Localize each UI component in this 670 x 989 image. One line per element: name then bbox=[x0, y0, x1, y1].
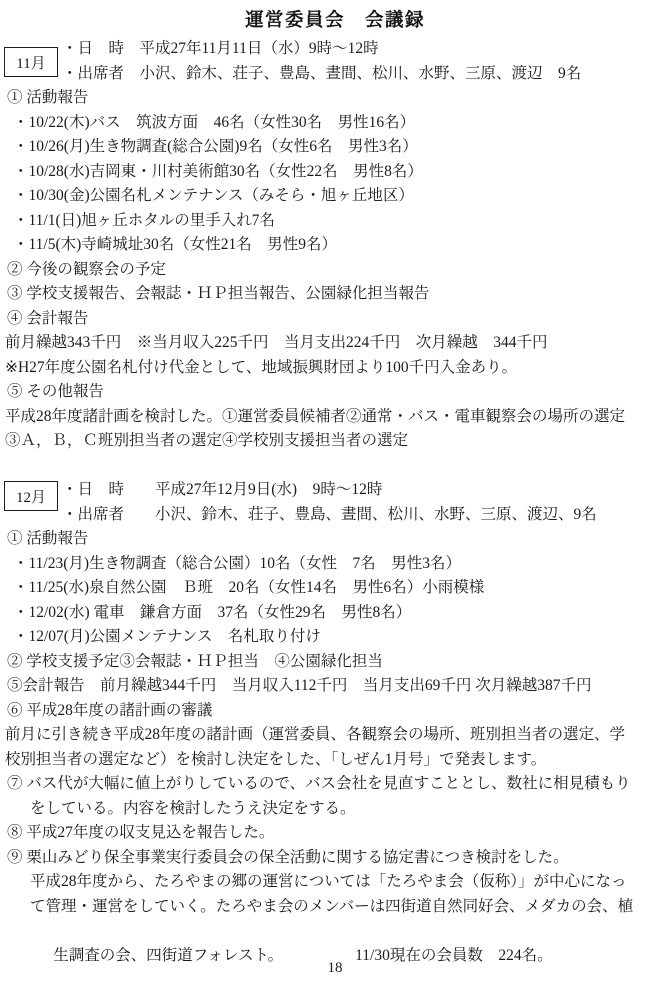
numbered-item: ② 学校支援予定③会報誌・ＨＰ担当 ④公園緑化担当 bbox=[0, 650, 670, 675]
bullet-item: ・11/23(月)生き物調査（総合公園）10名（女性 7名 男性3名） bbox=[0, 552, 670, 577]
bullet-item: ・11/25(水)泉自然公園 Ｂ班 20名（女性14名 男性6名）小雨模様 bbox=[0, 576, 670, 601]
members-line-text: 生調査の会、四街道フォレスト。 bbox=[53, 947, 283, 964]
numbered-item: ⑧ 平成27年度の収支見込を報告した。 bbox=[0, 821, 670, 846]
paragraph-line: 校別担当者の選定など）を検討し決定をした、「しぜん1月号」で発表します。 bbox=[0, 748, 670, 773]
november-header: 11月 ・日 時 平成27年11月11日（水）9時～12時 ・出席者 小沢、鈴木… bbox=[0, 37, 670, 86]
numbered-item: ③ 学校支援報告、会報誌・ＨＰ担当報告、公園緑化担当報告 bbox=[0, 282, 670, 307]
members-line: 生調査の会、四街道フォレスト。11/30現在の会員数 224名。 bbox=[0, 919, 670, 944]
paragraph-line: ③Ａ，Ｂ，Ｃ班別担当者の選定④学校別支援担当者の選定 bbox=[0, 429, 670, 454]
bullet-item: ・12/07(月)公園メンテナンス 名札取り付け bbox=[0, 625, 670, 650]
numbered-item: ⑨ 栗山みどり保全事業実行委員会の保全活動に関する協定書につき検討をした。 bbox=[0, 846, 670, 871]
numbered-item: ② 今後の観察会の予定 bbox=[0, 258, 670, 283]
bullet-item: ・10/26(月)生き物調査(総合公園)9名（女性6名 男性3名） bbox=[0, 135, 670, 160]
numbered-item: ⑤ その他報告 bbox=[0, 380, 670, 405]
numbered-item: ① 活動報告 bbox=[0, 527, 670, 552]
paragraph-line: ※H27年度公園名札付け代金として、地域振興財団より100千円入金あり。 bbox=[0, 356, 670, 381]
section-december: 12月 ・日 時 平成27年12月9日(水) 9時～12時 ・出席者 小沢、鈴木… bbox=[0, 478, 670, 944]
continuation-line: 平成28年度から、たろやまの郷の運営については「たろやま会（仮称）」が中心になっ bbox=[0, 870, 670, 895]
bullet-item: ・10/22(木)バス 筑波方面 46名（女性30名 男性16名） bbox=[0, 111, 670, 136]
paragraph-line: 平成28年度諸計画を検討した。①運営委員候補者②通常・バス・電車観察会の場所の選… bbox=[0, 405, 670, 430]
section-gap bbox=[0, 454, 670, 479]
continuation-line: をしている。内容を検討したうえ決定をする。 bbox=[0, 797, 670, 822]
page-title: 運営委員会 会議録 bbox=[0, 0, 670, 37]
numbered-item: ④ 会計報告 bbox=[0, 307, 670, 332]
november-attendees-line: ・出席者 小沢、鈴木、荘子、豊島、晝間、松川、水野、三原、渡辺 9名 bbox=[0, 62, 670, 87]
bullet-item: ・11/1(日)旭ヶ丘ホタルの里手入れ7名 bbox=[0, 209, 670, 234]
section-november: 11月 ・日 時 平成27年11月11日（水）9時～12時 ・出席者 小沢、鈴木… bbox=[0, 37, 670, 454]
month-badge-december: 12月 bbox=[4, 481, 58, 511]
numbered-item: ① 活動報告 bbox=[0, 86, 670, 111]
numbered-item: ⑦ バス代が大幅に値上がりしているので、バス会社を見直すこととし、数社に相見積も… bbox=[0, 772, 670, 797]
member-count: 11/30現在の会員数 224名。 bbox=[355, 947, 552, 964]
december-datetime-line: ・日 時 平成27年12月9日(水) 9時～12時 bbox=[0, 478, 670, 503]
bullet-item: ・12/02(水) 電車 鎌倉方面 37名（女性29名 男性8名） bbox=[0, 601, 670, 626]
document-page: 運営委員会 会議録 11月 ・日 時 平成27年11月11日（水）9時～12時 … bbox=[0, 0, 670, 989]
bullet-item: ・10/28(水)吉岡東・川村美術館30名（女性22名 男性8名） bbox=[0, 160, 670, 185]
numbered-item: ⑥ 平成28年度の諸計画の審議 bbox=[0, 699, 670, 724]
numbered-item: ⑤会計報告 前月繰越344千円 当月収入112千円 当月支出69千円 次月繰越3… bbox=[0, 674, 670, 699]
paragraph-line: 前月に引き続き平成28年度の諸計画（運営委員、各観察会の場所、班別担当者の選定、… bbox=[0, 723, 670, 748]
bullet-item: ・11/5(木)寺崎城址30名（女性21名 男性9名） bbox=[0, 233, 670, 258]
bullet-item: ・10/30(金)公園名札メンテナンス（みそら・旭ヶ丘地区） bbox=[0, 184, 670, 209]
paragraph-line: 前月繰越343千円 ※当月収入225千円 当月支出224千円 次月繰越 344千… bbox=[0, 331, 670, 356]
month-badge-november: 11月 bbox=[4, 47, 58, 77]
november-datetime-line: ・日 時 平成27年11月11日（水）9時～12時 bbox=[0, 37, 670, 62]
december-attendees-line: ・出席者 小沢、鈴木、荘子、豊島、晝間、松川、水野、三原、渡辺、9名 bbox=[0, 503, 670, 528]
december-header: 12月 ・日 時 平成27年12月9日(水) 9時～12時 ・出席者 小沢、鈴木… bbox=[0, 478, 670, 527]
continuation-line: て管理・運営をしていく。たろやま会のメンバーは四街道自然同好会、メダカの会、植 bbox=[0, 895, 670, 920]
